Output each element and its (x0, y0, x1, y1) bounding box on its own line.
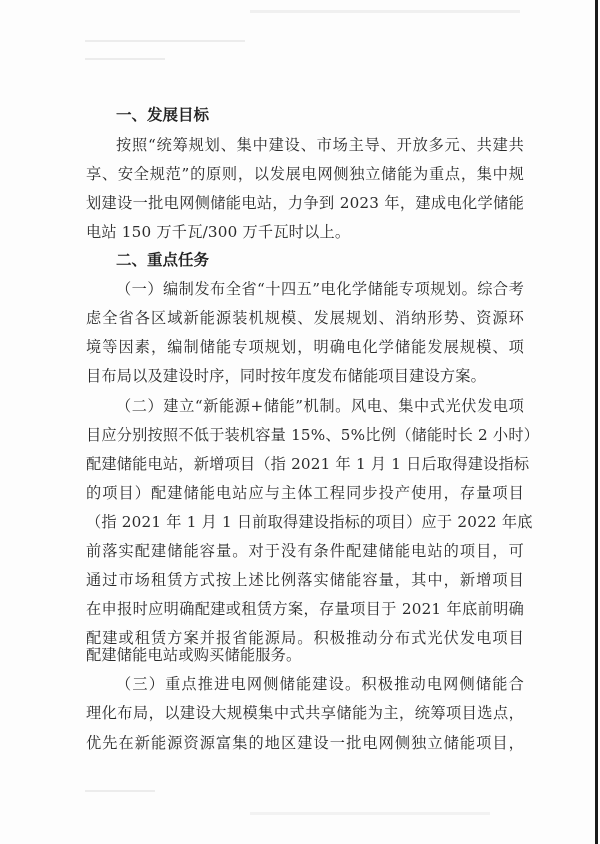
paragraph-line: 享、安全规范”的原则，以发展电网侧独立储能为重点，集中规 (86, 162, 524, 186)
section-heading-goals: 一、发展目标 (116, 103, 209, 127)
paragraph-line: 优先在新能源资源富集的地区建设一批电网侧独立储能项目， (86, 731, 524, 755)
paragraph-line: 理化布局，以建设大规模集中式共享储能为主，统筹项目选点， (86, 701, 524, 725)
section-heading-key-tasks: 二、重点任务 (116, 248, 209, 272)
paragraph-line: （三）重点推进电网侧储能建设。积极推动电网侧储能合 (116, 672, 524, 696)
paragraph-line: 境等因素，编制储能专项规划，明确电化学储能发展规模、项 (86, 335, 524, 359)
paragraph-line: 的项目）配建储能电站应与主体工程同步投产使用，存量项目 (86, 481, 524, 505)
bleed-through-mark (250, 812, 490, 815)
page-edge-border (595, 0, 598, 844)
paragraph-line: 配建储能电站，新增项目（指 2021 年 1 月 1 日后取得建设指标 (86, 452, 524, 476)
paragraph-line: 前落实配建储能容量。对于没有条件配建储能电站的项目，可 (86, 539, 524, 563)
paragraph-line: 电站 150 万千瓦/300 万千瓦时以上。 (86, 220, 524, 244)
bleed-through-mark (85, 790, 155, 792)
bleed-through-mark (250, 10, 520, 13)
paragraph-line: （二）建立“新能源+储能”机制。风电、集中式光伏发电项 (116, 394, 524, 418)
paragraph-line: 划建设一批电网侧储能电站，力争到 2023 年，建成电化学储能 (86, 191, 524, 215)
document-page: 一、发展目标 按照“统筹规划、集中建设、市场主导、开放多元、共建共 享、安全规范… (0, 0, 600, 844)
bleed-through-mark (85, 40, 245, 42)
paragraph-line: 配建储能电站或购买储能服务。 (86, 643, 524, 667)
paragraph-line: （指 2021 年 1 月 1 日前取得建设指标的项目）应于 2022 年底 (86, 510, 524, 534)
paragraph-line: 在申报时应明确配建或租赁方案，存量项目于 2021 年底前明确 (86, 597, 524, 621)
paragraph-line: 通过市场租赁方式按上述比例落实储能容量，其中，新增项目 (86, 568, 524, 592)
paragraph-line: 虑全省各区域新能源装机规模、发展规划、消纳形势、资源环 (86, 306, 524, 330)
paragraph-line: 目应分别按照不低于装机容量 15%、5%比例（储能时长 2 小时） (86, 423, 524, 447)
paragraph-line: （一）编制发布全省“十四五”电化学储能专项规划。综合考 (116, 277, 524, 301)
paragraph-line: 目布局以及建设时序，同时按年度发布储能项目建设方案。 (86, 364, 524, 388)
paragraph-line: 按照“统筹规划、集中建设、市场主导、开放多元、共建共 (116, 133, 524, 157)
bleed-through-mark (85, 58, 165, 60)
